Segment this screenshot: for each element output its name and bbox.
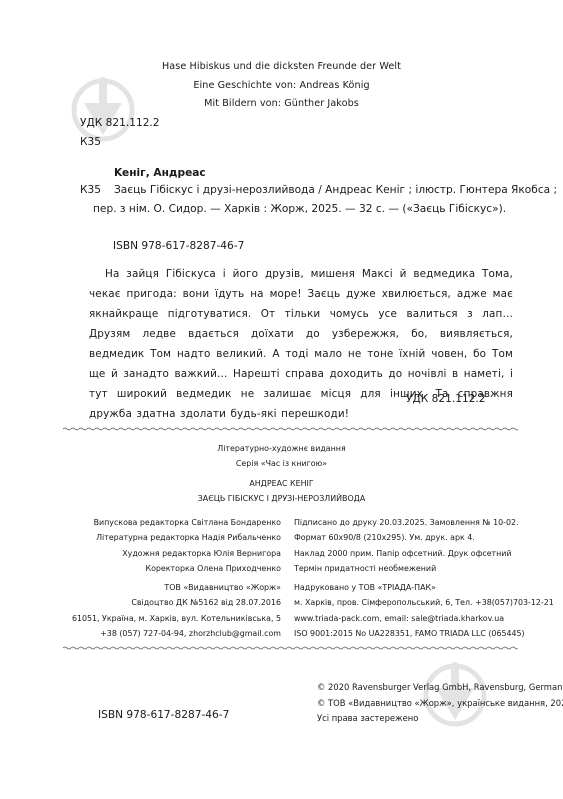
isbn-record: ISBN 978-617-8287-46-7 [113, 236, 244, 256]
staff-proofreader: Коректорка Олена Приходченко [94, 561, 281, 576]
genre: Літературно-художнє видання [0, 441, 563, 456]
wavy-divider [63, 645, 518, 651]
author-mark: К35 [80, 136, 101, 148]
print-run: Наклад 2000 прим. Папір офсетний. Друк о… [294, 546, 519, 561]
rights-reserved: Усі права застережено [317, 711, 563, 727]
print-format: Формат 60x90/8 (210x295). Ум. друк. арк … [294, 530, 519, 545]
copyright-block: © 2020 Ravensburger Verlag GmbH, Ravensb… [317, 680, 563, 727]
publisher-name: ТОВ «Видавництво «Жорж» [72, 580, 281, 595]
print-signed: Підписано до друку 20.03.2025. Замовленн… [294, 515, 519, 530]
wavy-divider [63, 426, 518, 432]
series: Серія «Час із книгою» [0, 456, 563, 471]
udk-code: УДК 821.112.2 [80, 117, 160, 129]
staff-literary-editor: Літературна редакторка Надія Рибальченко [94, 530, 281, 545]
print-shelf-life: Термін придатності необмежений [294, 561, 519, 576]
staff-list: Випускова редакторка Світлана Бондаренко… [94, 515, 281, 576]
author-caps: АНДРЕАС КЕНІГ [0, 476, 563, 491]
printer-name: Надруковано у ТОВ «ТРІАДА-ПАК» [294, 580, 554, 595]
printer-info: Надруковано у ТОВ «ТРІАДА-ПАК» м. Харків… [294, 580, 554, 641]
staff-editor: Випускова редакторка Світлана Бондаренко [94, 515, 281, 530]
printer-address: м. Харків, пров. Сімферопольський, 6, Те… [294, 595, 554, 610]
record-line-1: Заєць Гібіскус і друзі-нерозлийвода / Ан… [114, 180, 557, 200]
title-caps: ЗАЄЦЬ ГІБІСКУС І ДРУЗІ-НЕРОЗЛИЙВОДА [0, 491, 563, 506]
udk-bottom: УДК 821.112.2 [406, 393, 486, 405]
print-info: Підписано до друку 20.03.2025. Замовленн… [294, 515, 519, 576]
printer-iso: ISO 9001:2015 No UA228351, FAMO TRIADA L… [294, 626, 554, 641]
original-title: Hase Hibiskus und die dicksten Freunde d… [0, 61, 563, 72]
copyright-ukrainian: © ТОВ «Видавництво «Жорж», українське ви… [317, 696, 563, 712]
publisher-address: 61051, Україна, м. Харків, вул. Котельни… [72, 611, 281, 626]
staff-art-editor: Художня редакторка Юлія Вернигора [94, 546, 281, 561]
record-mark: К35 [80, 180, 101, 200]
record-line-2: пер. з нім. О. Сидор. — Харків : Жорж, 2… [93, 199, 506, 219]
publisher-info: ТОВ «Видавництво «Жорж» Свідоцтво ДК №51… [72, 580, 281, 641]
original-author: Eine Geschichte von: Andreas König [0, 80, 563, 91]
isbn-footer: ISBN 978-617-8287-46-7 [98, 705, 229, 725]
original-illustrator: Mit Bildern von: Günther Jakobs [0, 98, 563, 109]
publisher-contacts[interactable]: +38 (057) 727-04-94, zhorzhclub@gmail.co… [72, 626, 281, 641]
publisher-certificate: Свідоцтво ДК №5162 від 28.07.2016 [72, 595, 281, 610]
printer-contacts[interactable]: www.triada-pack.com, email: sale@triada.… [294, 611, 554, 626]
copyright-original: © 2020 Ravensburger Verlag GmbH, Ravensb… [317, 680, 563, 696]
